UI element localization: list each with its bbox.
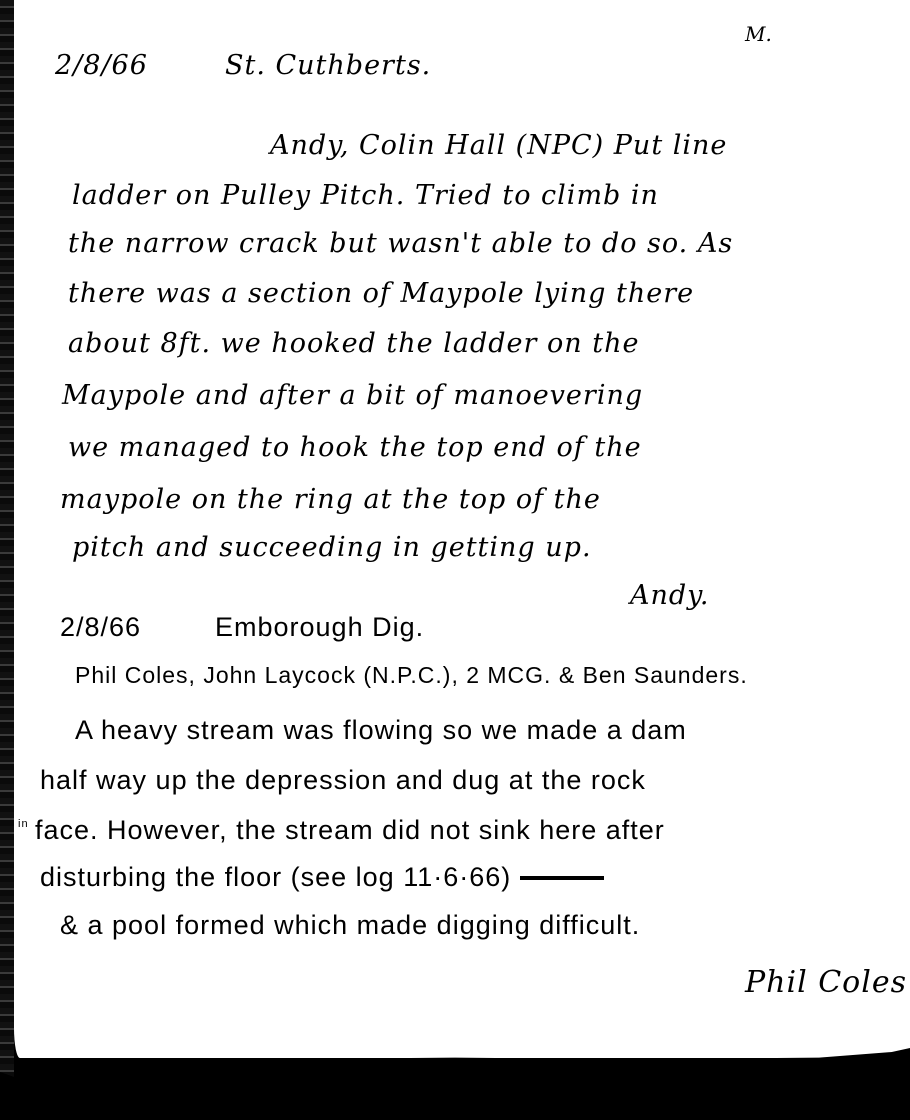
entry-location: Emborough Dig. [215,612,424,643]
entry-date: 2/8/66 [60,612,141,643]
entry-line: & a pool formed which made digging diffi… [60,910,640,941]
entry-line: there was a section of Maypole lying the… [68,278,694,309]
entry-line: we managed to hook the top end of the [68,432,642,463]
entry-line: Phil Coles, John Laycock (N.P.C.), 2 MCG… [75,662,748,689]
entry-line: face. However, the stream did not sink h… [35,815,665,846]
page-mark: M. [745,22,772,46]
entry-line: half way up the depression and dug at th… [40,765,646,796]
entry-signature: Andy. [630,580,709,611]
margin-note: in [18,818,29,830]
entry-signature: Phil Coles [745,965,907,1000]
entry-line: pitch and succeeding in getting up. [72,532,592,563]
entry-line: about 8ft. we hooked the ladder on the [68,328,639,359]
entry-line: Andy, Colin Hall (NPC) Put line [270,130,727,161]
entry-line: disturbing the floor (see log 11·6·66) [40,862,511,893]
entry-date: 2/8/66 [55,50,148,81]
entry-line: maypole on the ring at the top of the [60,484,601,515]
entry-line: Maypole and after a bit of manoevering [62,380,643,411]
entry-line: A heavy stream was flowing so we made a … [75,715,687,746]
entry-line: ladder on Pulley Pitch. Tried to climb i… [72,180,659,211]
notebook-binding [0,0,14,1120]
struck-out-word: ——— [520,862,604,893]
entry-line: the narrow crack but wasn't able to do s… [68,228,733,259]
entry-location: St. Cuthberts. [225,50,431,81]
